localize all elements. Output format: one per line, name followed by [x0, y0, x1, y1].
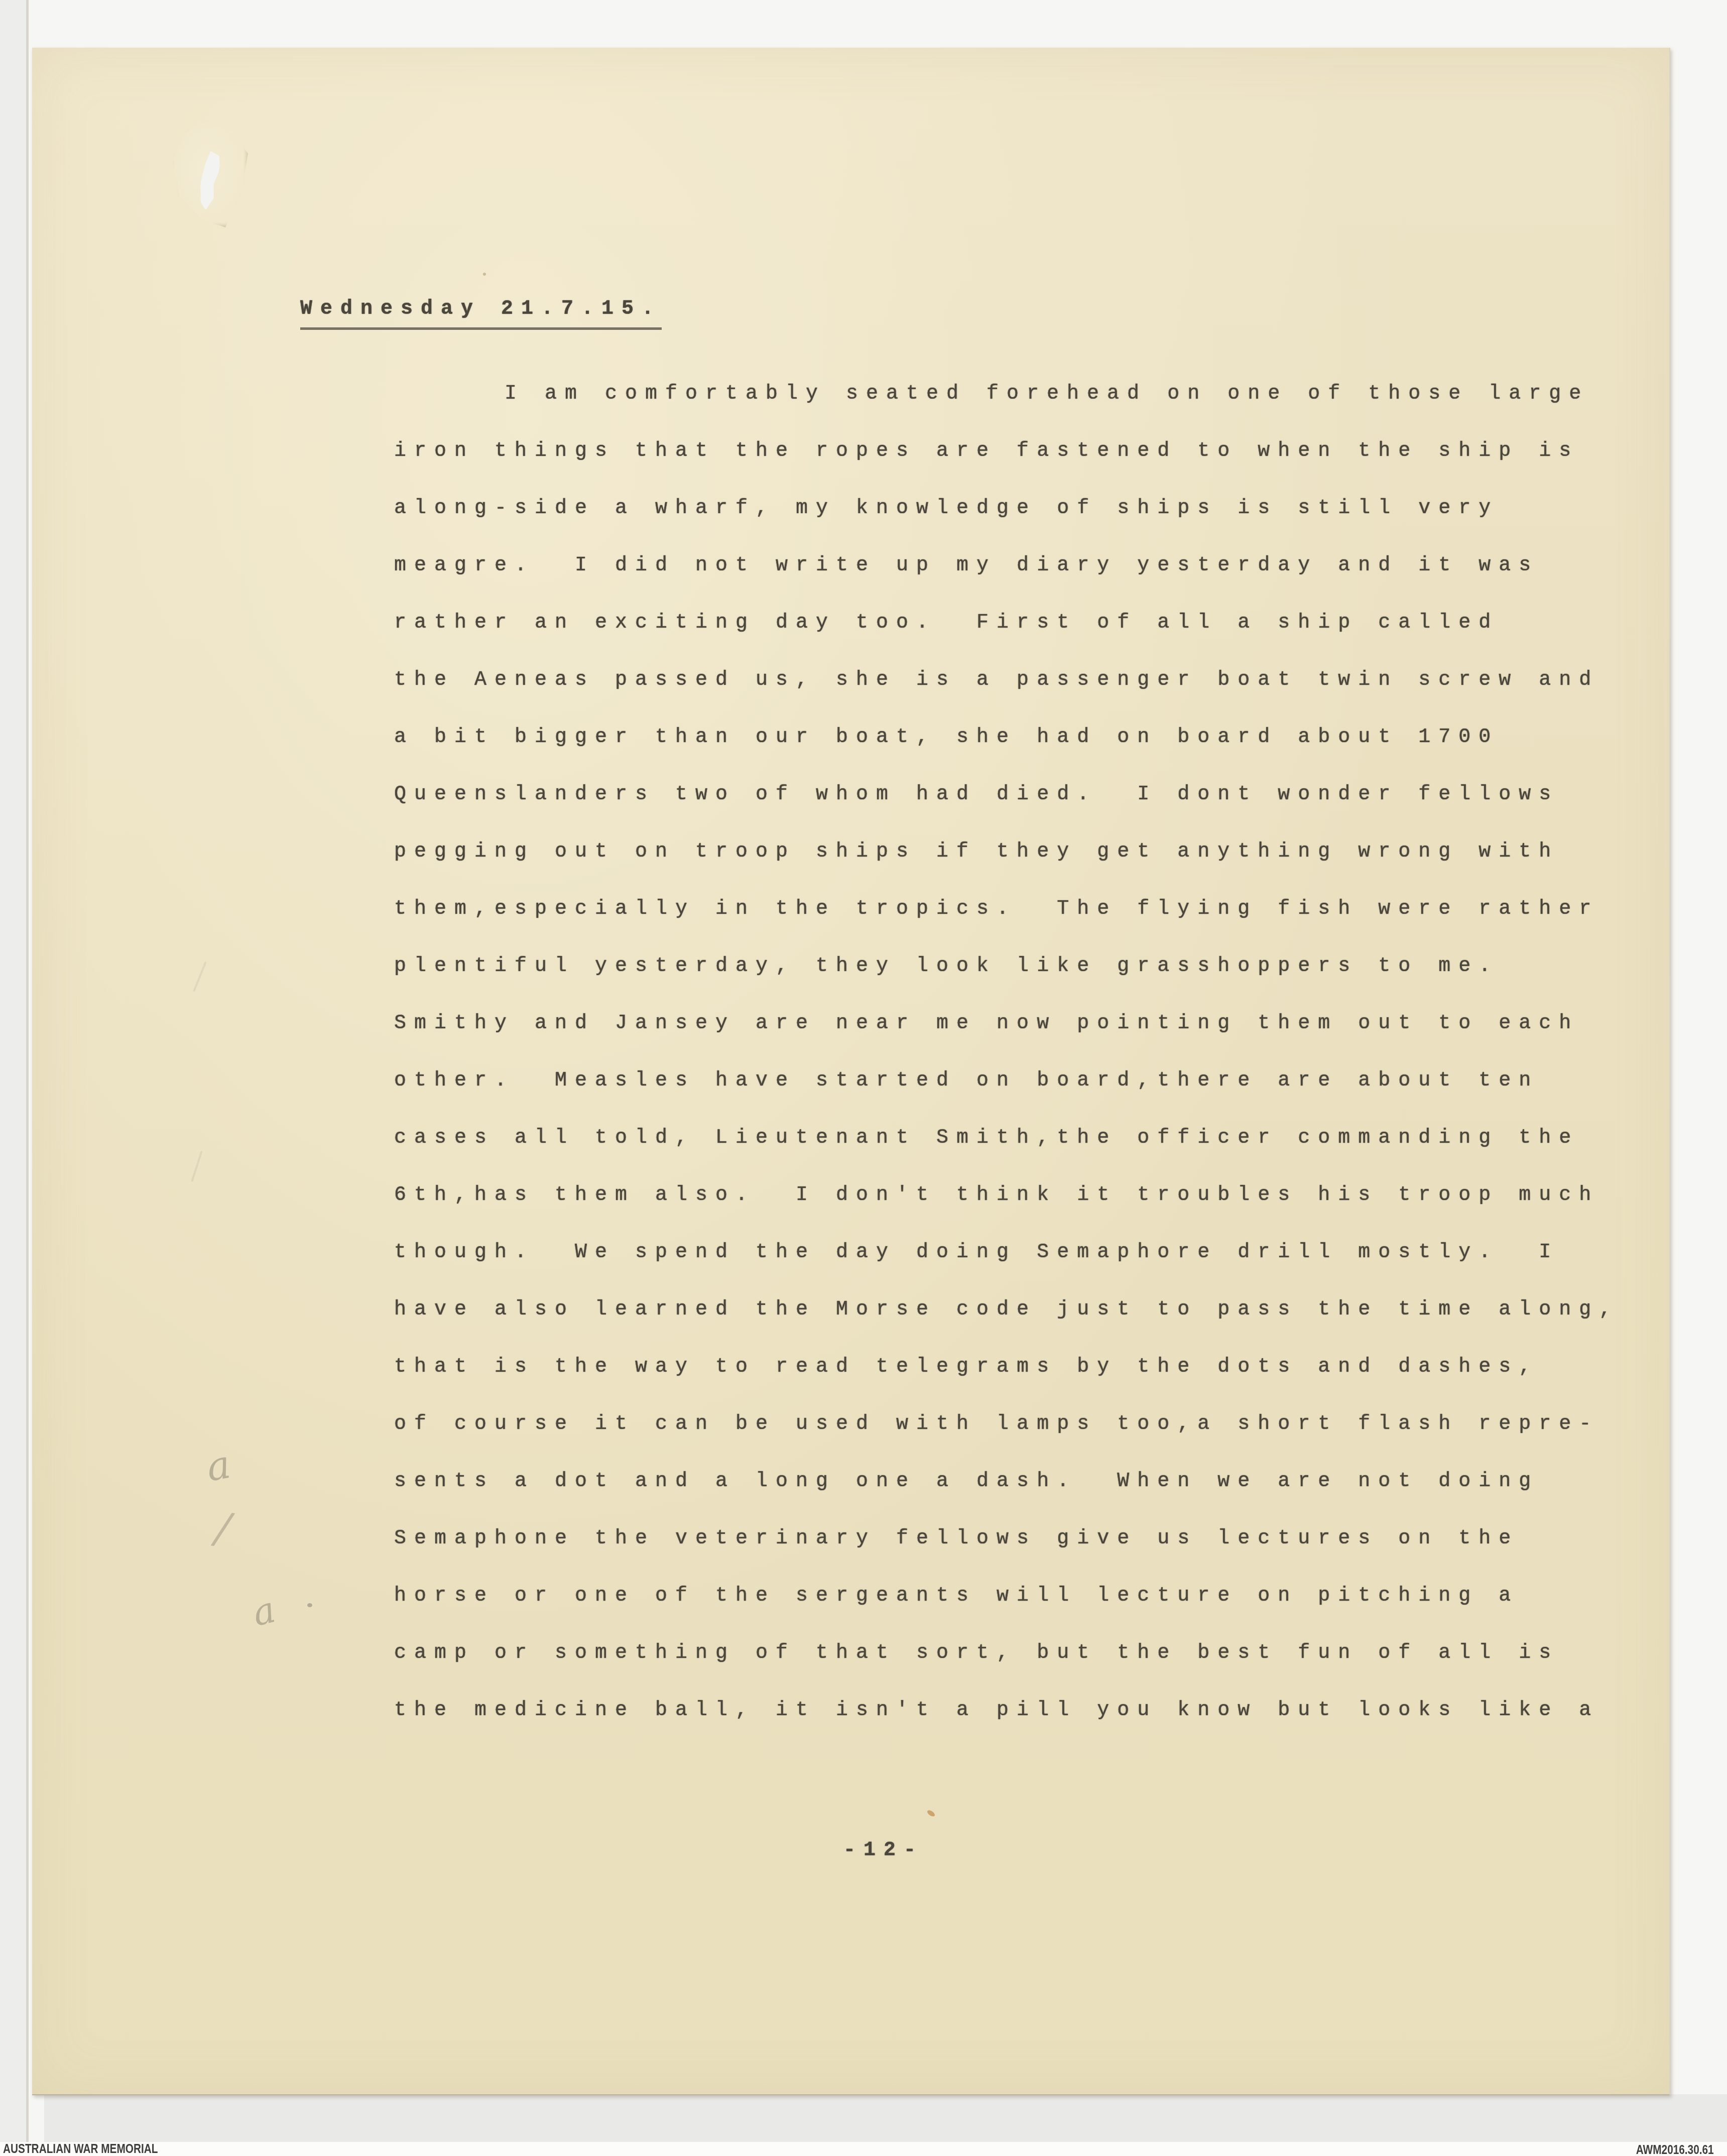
body-line: other. Measles have started on board,the… — [394, 1052, 1649, 1110]
body-line: I am comfortably seated forehead on one … — [394, 366, 1649, 423]
body-line: horse or one of the sergeants will lectu… — [394, 1568, 1649, 1625]
body-line: Smithy and Jansey are near me now pointi… — [394, 995, 1649, 1052]
body-line: Queenslanders two of whom had died. I do… — [394, 766, 1649, 823]
paper-tear — [173, 122, 248, 227]
archive-name: AUSTRALIAN WAR MEMORIAL — [3, 2141, 158, 2156]
body-line: a bit bigger than our boat, she had on b… — [394, 709, 1649, 766]
pencil-annotation-slash: / — [213, 1503, 232, 1553]
diary-page: Wednesday 21.7.15. I am comfortably seat… — [32, 48, 1670, 2095]
body-line: though. We spend the day doing Semaphore… — [394, 1224, 1649, 1281]
body-line: that is the way to read telegrams by the… — [394, 1339, 1649, 1396]
body-line: have also learned the Morse code just to… — [394, 1281, 1649, 1339]
scanner-edge-strip — [0, 0, 29, 2156]
paper-fleck — [926, 1809, 936, 1818]
scan-bottom-band — [44, 2094, 1727, 2142]
body-line: plentiful yesterday, they look like gras… — [394, 938, 1649, 995]
body-line: the Aeneas passed us, she is a passenger… — [394, 652, 1649, 709]
page-number: -12- — [843, 1839, 924, 1862]
body-line: the medicine ball, it isn't a pill you k… — [394, 1682, 1649, 1739]
body-line: pegging out on troop ships if they get a… — [394, 823, 1649, 881]
body-line: them,especially in the tropics. The flyi… — [394, 881, 1649, 938]
pencil-annotation-a: a — [248, 1588, 279, 1634]
faint-pencil-stroke — [193, 962, 207, 992]
paper-speck — [483, 273, 486, 276]
body-line: Semaphone the veterinary fellows give us… — [394, 1510, 1649, 1568]
body-line: rather an exciting day too. First of all… — [394, 594, 1649, 652]
body-line: sents a dot and a long one a dash. When … — [394, 1453, 1649, 1510]
body-line: 6th,has them also. I don't think it trou… — [394, 1167, 1649, 1224]
body-line: meagre. I did not write up my diary yest… — [394, 537, 1649, 594]
body-line: iron things that the ropes are fastened … — [394, 423, 1649, 480]
body-line: cases all told, Lieutenant Smith,the off… — [394, 1110, 1649, 1167]
pencil-dot — [307, 1603, 312, 1607]
body-line: along-side a wharf, my knowledge of ship… — [394, 480, 1649, 537]
catalogue-number: AWM2016.30.61 — [1636, 2142, 1714, 2156]
body-line: camp or something of that sort, but the … — [394, 1625, 1649, 1682]
entry-body: I am comfortably seated forehead on one … — [394, 366, 1649, 1739]
body-line: of course it can be used with lamps too,… — [394, 1396, 1649, 1453]
pencil-annotation-a: a — [203, 1442, 234, 1491]
entry-date-heading: Wednesday 21.7.15. — [300, 298, 662, 330]
footer-band — [0, 2142, 1727, 2156]
faint-pencil-stroke — [191, 1151, 203, 1182]
